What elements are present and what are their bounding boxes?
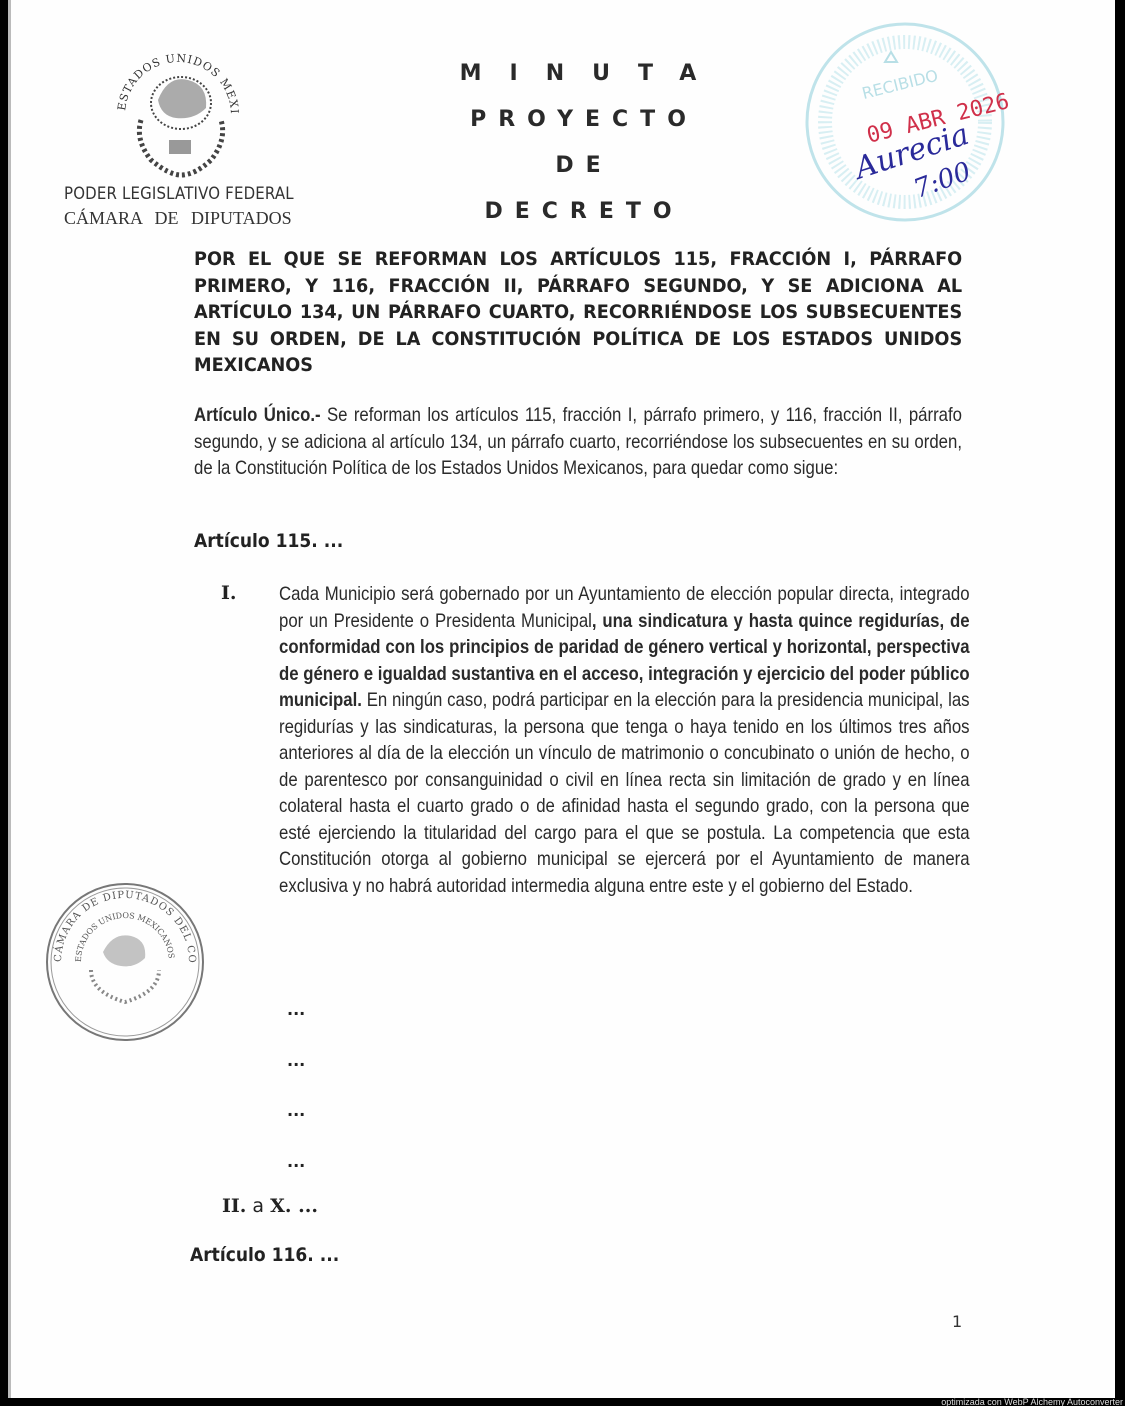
coat-of-arms-icon: ESTADOS UNIDOS MEXICANOS	[103, 45, 253, 180]
institution-line-2: CÁMARA DE DIPUTADOS	[64, 208, 304, 229]
received-stamp-icon: RECIBIDO 09 ABR 2026 Aurecia 7:00	[793, 22, 1023, 222]
decree-heading: POR EL QUE SE REFORMAN LOS ARTÍCULOS 115…	[194, 246, 962, 379]
institution-header: PODER LEGISLATIVO FEDERAL CÁMARA DE DIPU…	[64, 184, 304, 229]
page-number: 1	[952, 1312, 962, 1331]
title-line-4: DECRETO	[408, 196, 748, 242]
document-page: ESTADOS UNIDOS MEXICANOS PODER LEGISLATI…	[8, 0, 1115, 1398]
converter-watermark: optimizada con WebP Alchemy Autoconverte…	[941, 1398, 1123, 1406]
range-tail: ...	[291, 1195, 317, 1217]
title-line-3: DE	[408, 150, 748, 196]
ellipsis-4: ...	[287, 1152, 305, 1171]
fraccion-numeral: I.	[221, 582, 237, 604]
range-connector: a	[246, 1195, 270, 1217]
stamp-label: RECIBIDO	[860, 66, 940, 103]
document-title: MINUTA PROYECTO DE DECRETO	[408, 58, 748, 242]
page-edge	[8, 0, 11, 1398]
articulo-116-label: Artículo 116. ...	[190, 1244, 881, 1266]
articulo-unico: Artículo Único.- Se reforman los artícul…	[194, 402, 962, 482]
ellipsis-2: ...	[287, 1051, 305, 1070]
title-line-1: MINUTA	[408, 58, 748, 104]
ellipsis-3: ...	[287, 1101, 305, 1120]
fraccion-I-text: Cada Municipio será gobernado por un Ayu…	[279, 581, 970, 899]
range-from: II.	[222, 1195, 246, 1217]
ellipsis-1: ...	[287, 1000, 305, 1019]
institution-line-1: PODER LEGISLATIVO FEDERAL	[64, 184, 275, 204]
chamber-seal-icon: CÁMARA DE DIPUTADOS DEL CONGRESO DE LA U…	[43, 880, 208, 1045]
articulo-unico-label: Artículo Único.-	[194, 404, 321, 426]
title-line-2: PROYECTO	[408, 104, 748, 150]
fraccion-text-2: En ningún caso, podrá participar en la e…	[279, 689, 970, 897]
articulo-115-label: Artículo 115. ...	[194, 530, 885, 552]
range-to: X.	[270, 1195, 291, 1217]
fraccion-range: II. a X. ...	[222, 1195, 318, 1218]
